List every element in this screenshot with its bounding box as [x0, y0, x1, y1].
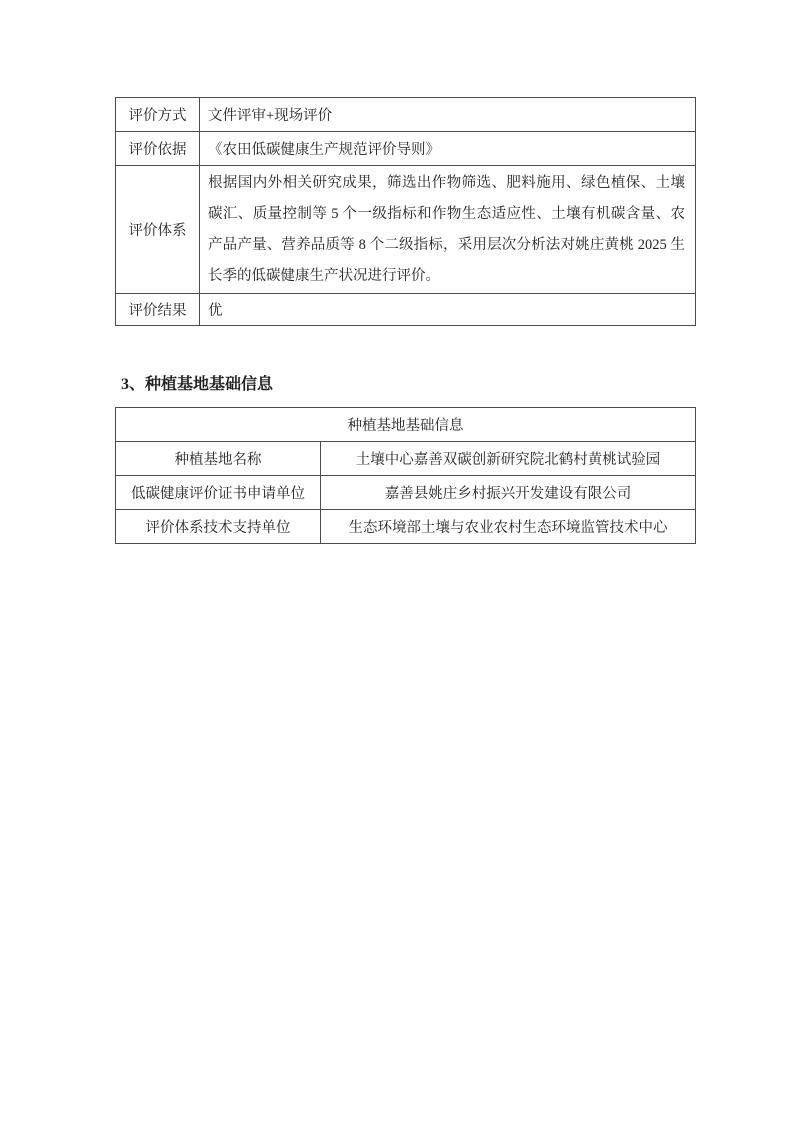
evaluation-basis-label: 评价依据 — [116, 132, 200, 166]
base-name-value: 土壤中心嘉善双碳创新研究院北鹤村黄桃试验园 — [321, 442, 696, 476]
evaluation-result-label: 评价结果 — [116, 294, 200, 326]
evaluation-method-value: 文件评审+现场评价 — [200, 98, 696, 132]
base-name-label: 种植基地名称 — [116, 442, 321, 476]
evaluation-method-label: 评价方式 — [116, 98, 200, 132]
evaluation-table: 评价方式 文件评审+现场评价 评价依据 《农田低碳健康生产规范评价导则》 评价体… — [115, 97, 696, 326]
certificate-applicant-label: 低碳健康评价证书申请单位 — [116, 476, 321, 510]
table-row: 评价体系 根据国内外相关研究成果，筛选出作物筛选、肥料施用、绿色植保、土壤碳汇、… — [116, 166, 696, 294]
table-row: 评价体系技术支持单位 生态环境部土壤与农业农村生态环境监管技术中心 — [116, 510, 696, 544]
table-row: 评价结果 优 — [116, 294, 696, 326]
section-heading: 3、种植基地基础信息 — [121, 371, 273, 394]
evaluation-result-value: 优 — [200, 294, 696, 326]
table-row: 评价依据 《农田低碳健康生产规范评价导则》 — [116, 132, 696, 166]
evaluation-system-value: 根据国内外相关研究成果，筛选出作物筛选、肥料施用、绿色植保、土壤碳汇、质量控制等… — [200, 166, 696, 294]
evaluation-basis-value: 《农田低碳健康生产规范评价导则》 — [200, 132, 696, 166]
document-page: 评价方式 文件评审+现场评价 评价依据 《农田低碳健康生产规范评价导则》 评价体… — [0, 0, 808, 1142]
evaluation-system-label: 评价体系 — [116, 166, 200, 294]
table-row: 评价方式 文件评审+现场评价 — [116, 98, 696, 132]
table-row: 种植基地名称 土壤中心嘉善双碳创新研究院北鹤村黄桃试验园 — [116, 442, 696, 476]
base-info-table: 种植基地基础信息 种植基地名称 土壤中心嘉善双碳创新研究院北鹤村黄桃试验园 低碳… — [115, 407, 696, 544]
table-header-row: 种植基地基础信息 — [116, 408, 696, 442]
certificate-applicant-value: 嘉善县姚庄乡村振兴开发建设有限公司 — [321, 476, 696, 510]
base-info-table-title: 种植基地基础信息 — [116, 408, 696, 442]
technical-support-value: 生态环境部土壤与农业农村生态环境监管技术中心 — [321, 510, 696, 544]
table-row: 低碳健康评价证书申请单位 嘉善县姚庄乡村振兴开发建设有限公司 — [116, 476, 696, 510]
technical-support-label: 评价体系技术支持单位 — [116, 510, 321, 544]
